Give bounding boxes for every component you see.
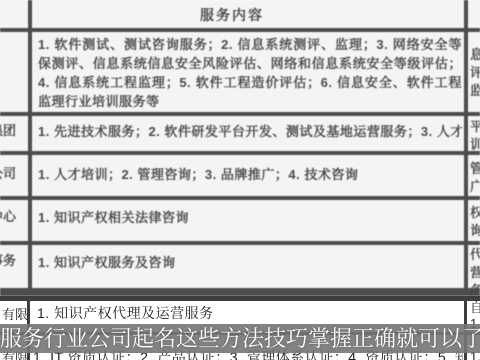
clipped-company-name-row5: 事务: [0, 250, 26, 269]
service-table-upper: 服务内容 1. 软件测试、测试咨询服务；2. 信息系统测评、监理；3. 网络安全…: [0, 0, 480, 296]
column-header-service-content: 服务内容: [32, 5, 432, 25]
table-border-under-header: [0, 28, 480, 32]
clipped-company-name-row4: 中心: [0, 206, 26, 225]
service-cell-row5: 1. 知识产权服务及咨询: [38, 253, 462, 272]
service-cell-row6: 1. 知识产权代理及运营服务: [37, 303, 214, 323]
article-screenshot: 服务内容 1. 软件测试、测试咨询服务；2. 信息系统测评、监理；3. 网络安全…: [0, 0, 480, 360]
table-border-upper-bottom: [0, 288, 480, 296]
table-border-row1: [0, 112, 480, 116]
clipped-company-name-row6: 有限: [2, 304, 27, 323]
clipped-next-column-row4: 权 询: [470, 204, 480, 240]
table-border-row2: [0, 151, 480, 155]
clipped-next-column-row2: 平 训: [470, 118, 480, 154]
table-border-row3: [0, 196, 480, 200]
table-border-lower-top: [0, 296, 480, 301]
service-cell-row2: 1. 先进技术服务；2. 软件研发平台开发、测试及基地运营服务；3. 人才培训: [38, 122, 462, 141]
table-vertical-border-left: [28, 0, 32, 296]
clipped-next-column-row5: 代 营 务: [470, 246, 480, 300]
clipped-next-column-row3: 管 广: [470, 160, 480, 196]
service-cell-row4: 1. 知识产权相关法律咨询: [38, 208, 462, 227]
clipped-company-name-row3: 公司: [0, 163, 26, 182]
service-cell-row1: 1. 软件测试、测试咨询服务；2. 信息系统测评、监理；3. 网络安全等保测评、…: [38, 35, 462, 111]
clipped-company-name-row2: 集团: [0, 120, 26, 139]
table-border-row4: [0, 241, 480, 245]
service-cell-row3: 1. 人才培训；2. 管理咨询；3. 品牌推广；4. 技术咨询: [38, 165, 462, 184]
clipped-next-column-row1: 息 评 监: [470, 46, 480, 100]
article-caption: 服务行业公司起名这些方法技巧掌握正确就可以了: [0, 324, 480, 353]
table-vertical-border-right: [464, 0, 468, 296]
